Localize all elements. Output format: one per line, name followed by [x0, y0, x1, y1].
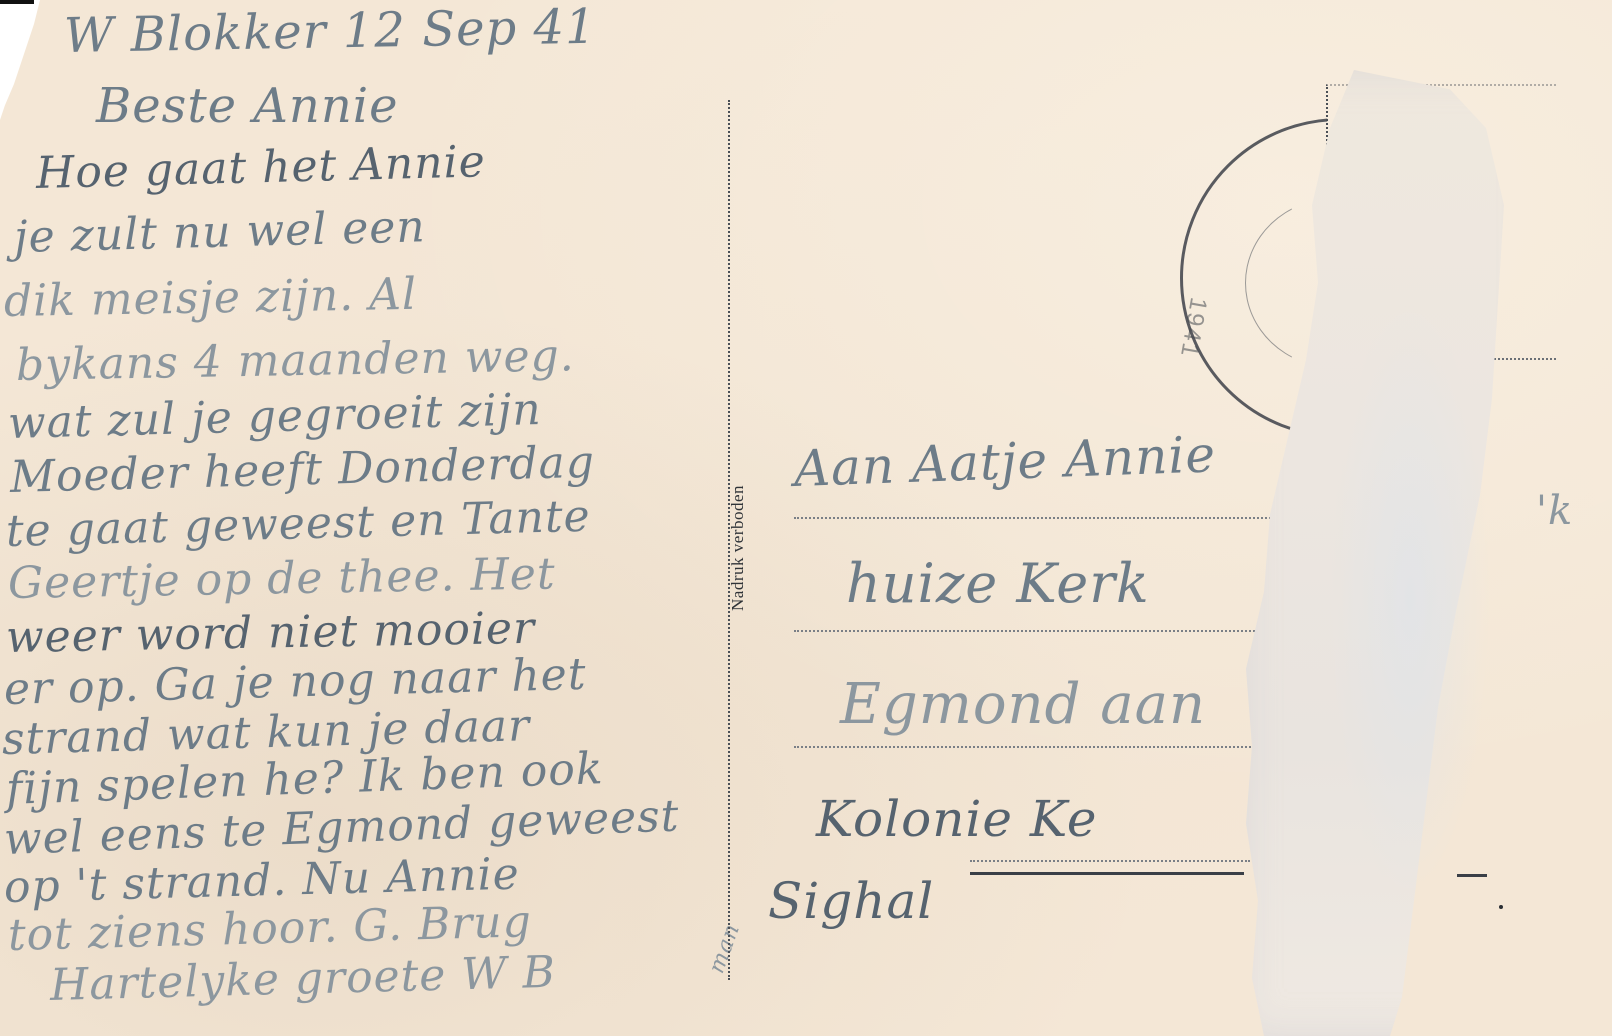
address-rule	[794, 517, 1334, 519]
scan-edge	[0, 0, 34, 4]
address-line: huize Kerk	[846, 552, 1150, 615]
message-line: Hoe gaat het Annie	[35, 136, 486, 199]
address-line: Egmond aan	[840, 672, 1206, 737]
torn-corner	[0, 0, 40, 120]
signature-fragment: man	[704, 920, 745, 977]
address-extra-line: Sighal	[768, 872, 934, 930]
address-fragment: 'k	[1536, 488, 1573, 534]
address-rule	[970, 860, 1250, 862]
torn-patch-highlight	[1330, 300, 1490, 900]
address-rule	[794, 630, 1334, 632]
address-line: Aan Aatje Annie	[793, 425, 1217, 498]
address-underline	[970, 872, 1244, 875]
message-line: Geertje op de thee. Het	[8, 548, 556, 609]
message-line: bykans 4 maanden weg.	[16, 330, 576, 391]
message-header: W Blokker 12 Sep 41	[64, 0, 597, 64]
postcard: W Blokker 12 Sep 41 Beste Annie Hoe gaat…	[0, 0, 1612, 1036]
message-line: dik meisje zijn. Al	[4, 269, 418, 327]
address-rule	[794, 746, 1274, 748]
address-line: Kolonie Ke	[816, 790, 1097, 848]
ink-dot	[1499, 905, 1503, 909]
divider-printed-text: Nadruk verboden	[728, 485, 748, 611]
message-line: je zult nu wel een	[13, 201, 426, 263]
message-salutation: Beste Annie	[96, 78, 399, 134]
